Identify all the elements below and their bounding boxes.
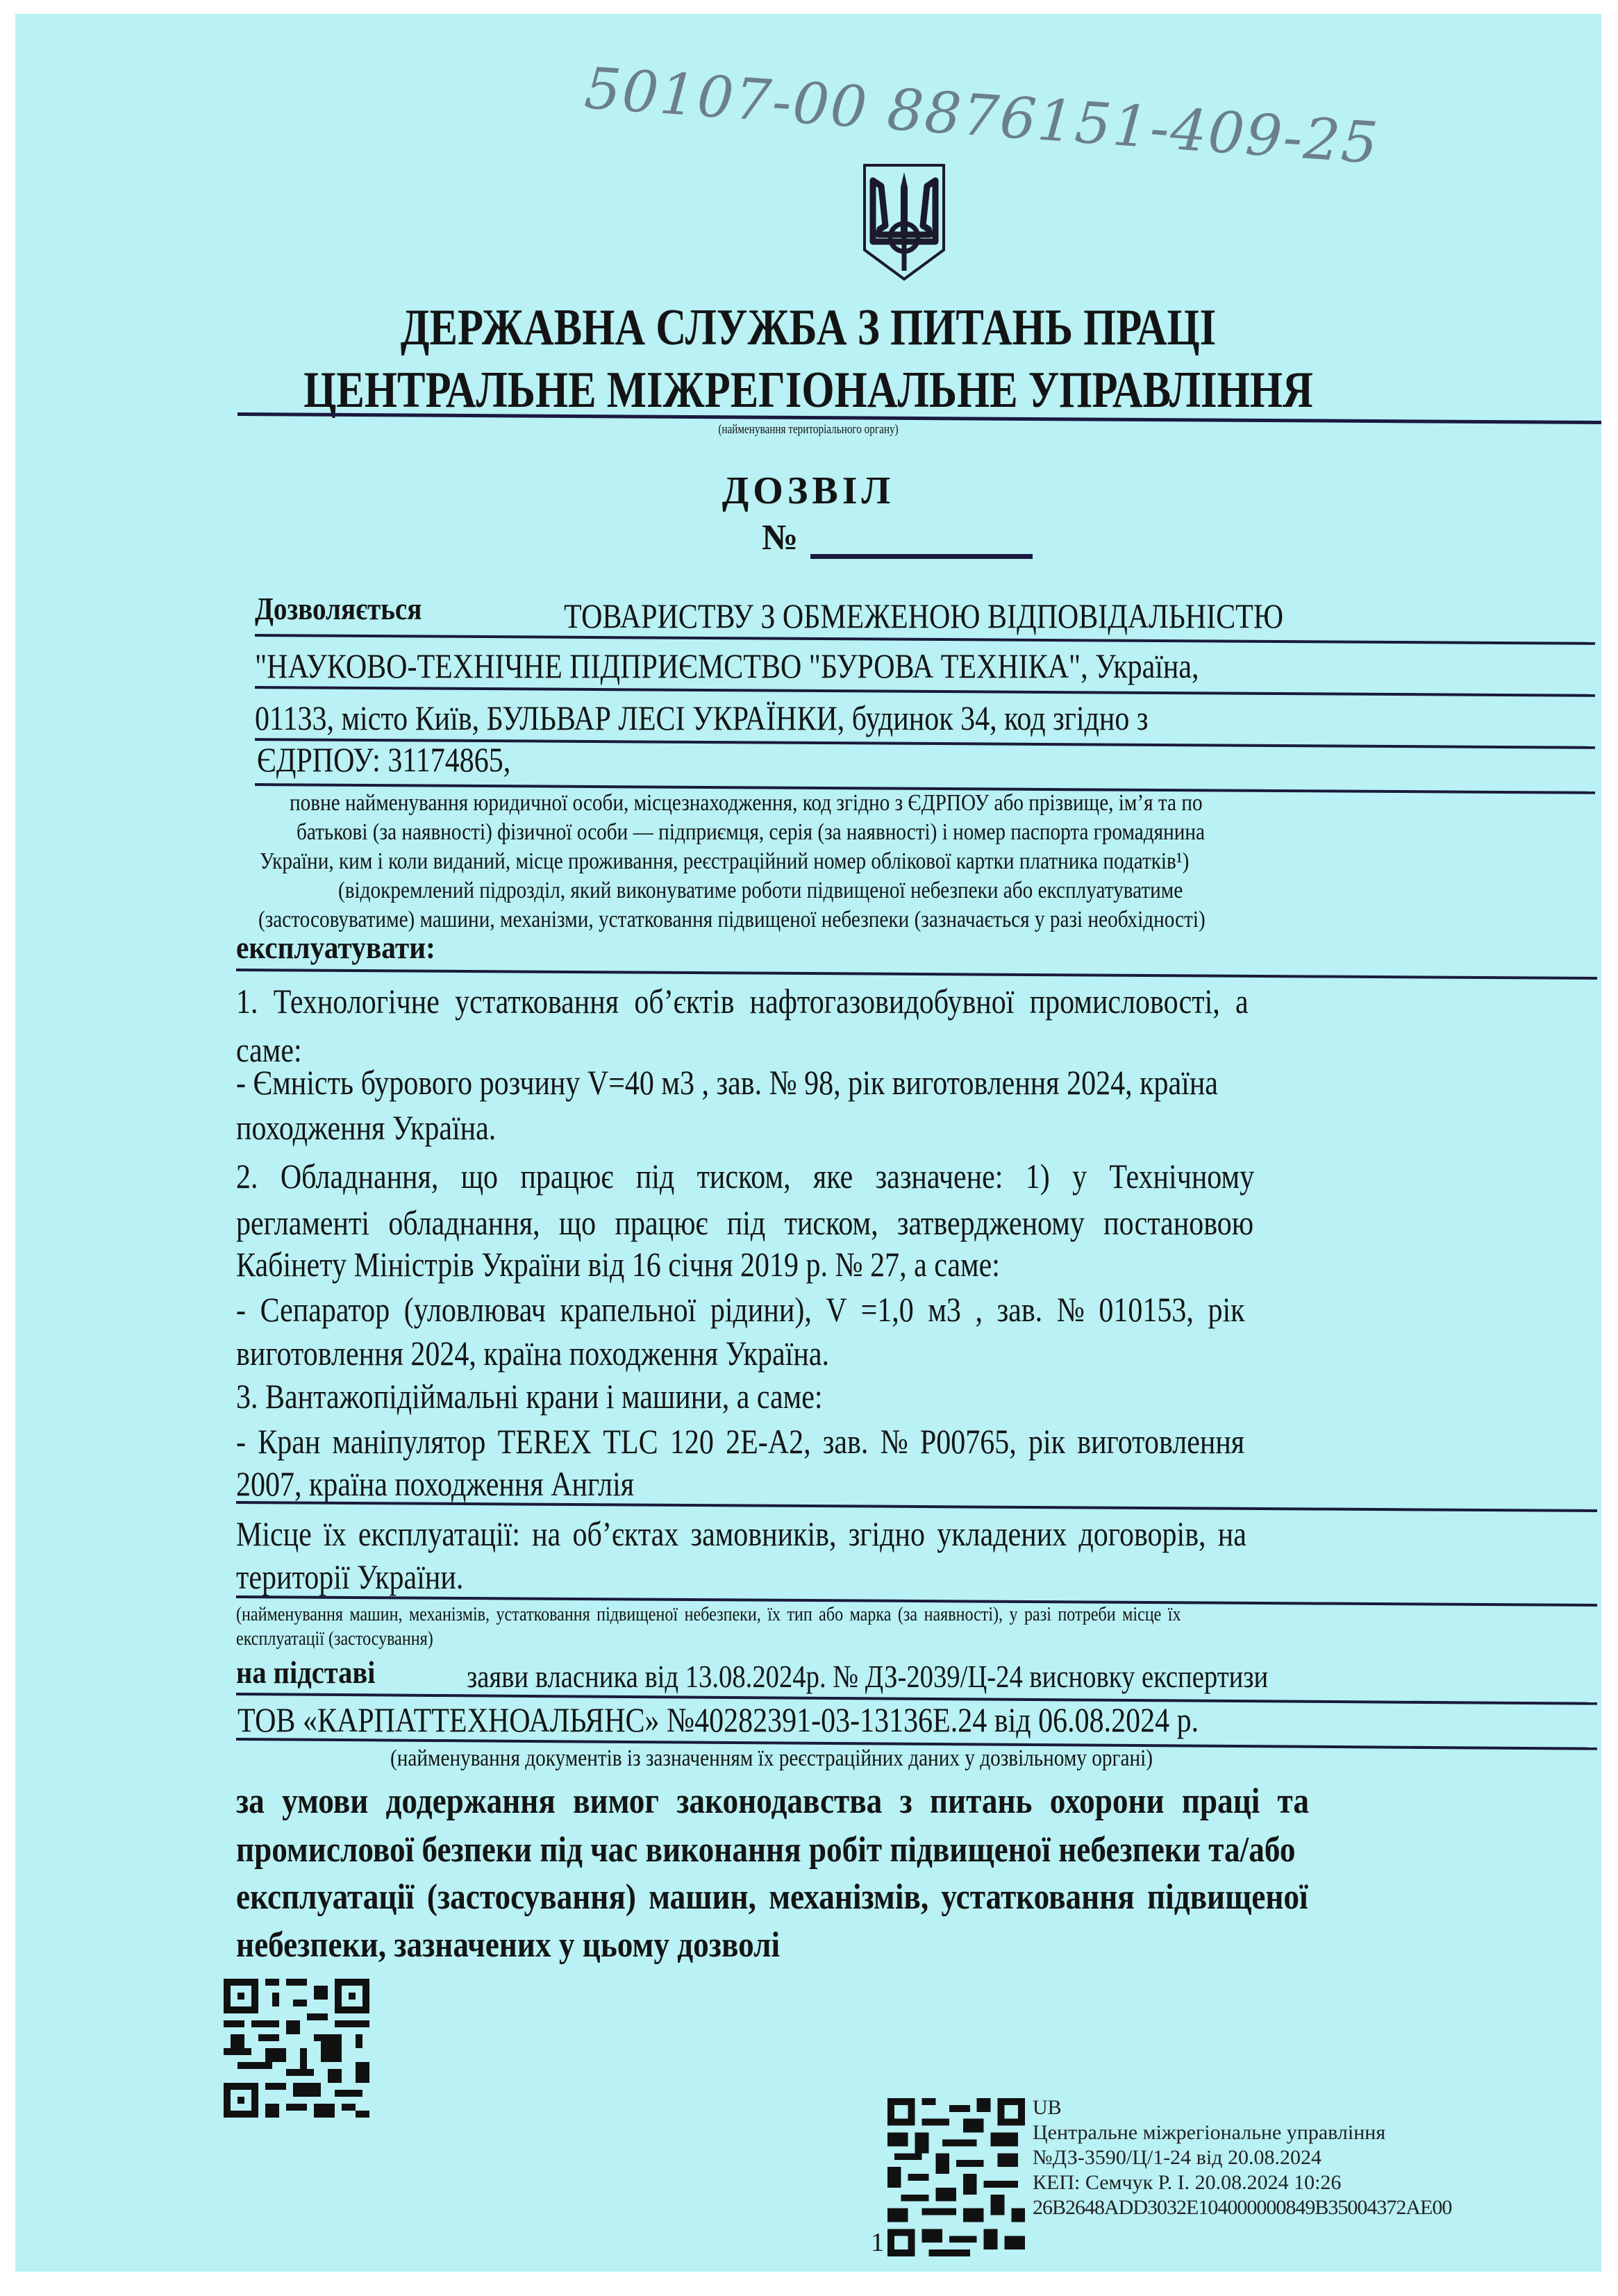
permit-document: 50107-00 8876151-409-25 ДЕРЖАВНА СЛУЖБА … bbox=[15, 14, 1601, 2272]
document-title: ДОЗВІЛ bbox=[15, 469, 1601, 513]
signature-line-3: №ДЗ-3590/Ц/1-24 від 20.08.2024 bbox=[1033, 2145, 1451, 2170]
basis-label: на підставі bbox=[236, 1654, 375, 1691]
signature-block: UB Центральне міжрегіональне управління … bbox=[1033, 2095, 1451, 2220]
action-label: експлуатувати: bbox=[236, 929, 435, 966]
grantee-line-1: ТОВАРИСТВУ З ОБМЕЖЕНОЮ ВІДПОВІДАЛЬНІСТЮ bbox=[564, 596, 1283, 636]
org-caption: (найменування територіального органу) bbox=[174, 422, 1442, 437]
grantee-caption-4: (відокремлений підрозділ, який виконуват… bbox=[338, 878, 1183, 904]
rule bbox=[255, 686, 1595, 697]
grantee-caption-2: батькові (за наявності) фізичної особи —… bbox=[297, 819, 1205, 846]
condition-line: небезпеки, зазначених у цьому дозволі bbox=[236, 1925, 780, 1966]
condition-line: експлуатації (застосування) машин, механ… bbox=[236, 1877, 1308, 1918]
basis-line-2: ТОВ «КАРПАТТЕХНОАЛЬЯНС» №40282391-03-131… bbox=[237, 1700, 1199, 1740]
grantee-label: Дозволяється bbox=[255, 590, 422, 627]
grantee-line-2: "НАУКОВО-ТЕХНІЧНЕ ПІДПРИЄМСТВО "БУРОВА Т… bbox=[255, 646, 1199, 686]
basis-caption: (найменування документів із зазначенням … bbox=[390, 1745, 1153, 1772]
grantee-line-3: 01133, місто Київ, БУЛЬВАР ЛЕСІ УКРАЇНКИ… bbox=[255, 698, 1148, 738]
signature-line-2: Центральне міжрегіональне управління bbox=[1033, 2120, 1451, 2145]
item-line: регламенті обладнання, що працює під тис… bbox=[236, 1203, 1253, 1243]
place-line-2: території України. bbox=[236, 1557, 463, 1597]
item-line: виготовлення 2024, країна походження Укр… bbox=[236, 1333, 829, 1373]
item-line: - Кран маніпулятор TEREX TLC 120 2E-A2, … bbox=[236, 1421, 1244, 1461]
page-number: 1 bbox=[871, 2227, 884, 2258]
item-line: Кабінету Міністрів України від 16 січня … bbox=[236, 1244, 1000, 1284]
condition-line: промислової безпеки під час виконання ро… bbox=[236, 1829, 1295, 1870]
item-line: 2007, країна походження Англія bbox=[236, 1464, 634, 1504]
rule bbox=[236, 1501, 1597, 1512]
org-name-line-1: ДЕРЖАВНА СЛУЖБА З ПИТАНЬ ПРАЦІ bbox=[158, 299, 1459, 358]
signature-line-5: 26B2648ADD3032E104000000849B35004372AE00 bbox=[1033, 2195, 1451, 2220]
grantee-line-4: ЄДРПОУ: 31174865, bbox=[257, 739, 510, 780]
basis-line-1: заяви власника від 13.08.2024р. № ДЗ-203… bbox=[467, 1658, 1268, 1695]
grantee-caption-3: України, ким і коли виданий, місце прожи… bbox=[260, 848, 1189, 875]
condition-line: за умови додержання вимог законодавства … bbox=[236, 1781, 1309, 1822]
item-line: 1. Технологічне устатковання об’єктів на… bbox=[236, 981, 1249, 1021]
ukraine-trident-icon bbox=[859, 160, 949, 285]
permit-number-label: № bbox=[762, 517, 798, 558]
item-line: - Сепаратор (уловлювач крапельної рідини… bbox=[236, 1289, 1245, 1330]
signature-qr-code-icon bbox=[887, 2098, 1026, 2256]
grantee-caption-1: повне найменування юридичної особи, місц… bbox=[290, 790, 1203, 816]
place-caption-2: експлуатації (застосування) bbox=[236, 1628, 433, 1650]
org-name-line-2: ЦЕНТРАЛЬНЕ МІЖРЕГІОНАЛЬНЕ УПРАВЛІННЯ bbox=[158, 361, 1459, 420]
item-line: 3. Вантажопідіймальні крани і машини, а … bbox=[236, 1376, 823, 1416]
item-line: походження Україна. bbox=[236, 1107, 496, 1148]
signature-line-1: UB bbox=[1033, 2095, 1451, 2120]
permit-number-field bbox=[810, 554, 1033, 559]
handwritten-registration-number: 50107-00 8876151-409-25 bbox=[583, 56, 1381, 177]
qr-code-icon bbox=[224, 1979, 369, 2118]
rule bbox=[236, 969, 1597, 980]
place-line-1: Місце їх експлуатації: на об’єктах замов… bbox=[236, 1514, 1246, 1554]
item-line: 2. Обладнання, що працює під тиском, яке… bbox=[236, 1156, 1254, 1196]
item-line: - Ємність бурового розчину V=40 м3 , зав… bbox=[236, 1062, 1218, 1103]
signature-line-4: КЕП: Семчук Р. І. 20.08.2024 10:26 bbox=[1033, 2170, 1451, 2195]
place-caption-1: (найменування машин, механізмів, устатко… bbox=[236, 1604, 1181, 1626]
